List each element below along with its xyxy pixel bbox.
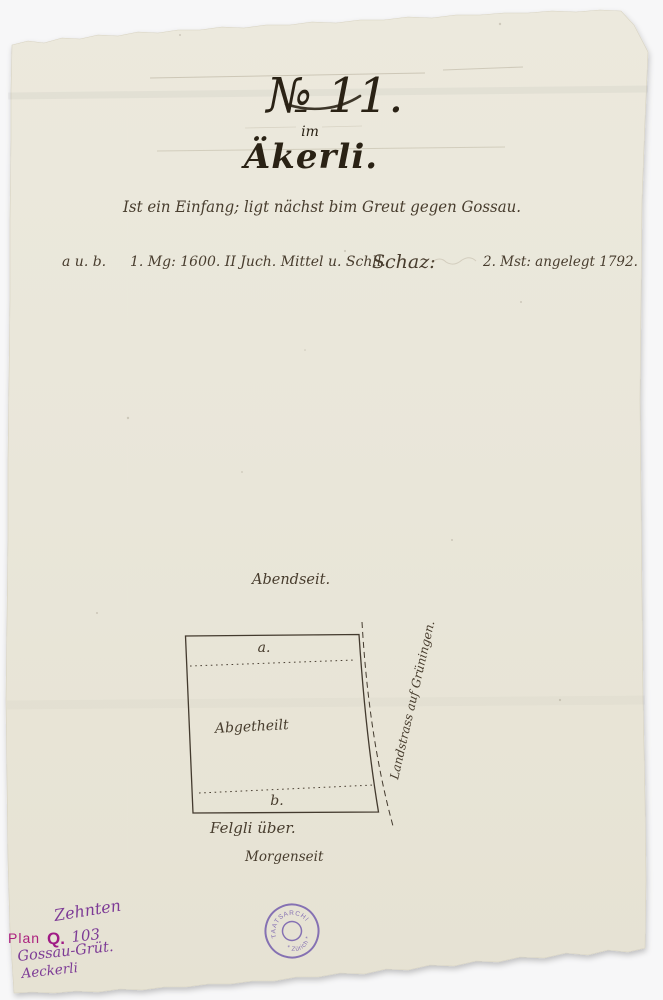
measurement-size: 1. Mg: 1600. II Juch. Mittel u. Schll. xyxy=(130,254,386,270)
measurement-date: 2. Mst: angelegt 1792. xyxy=(482,254,638,270)
parcel-label-b: b. xyxy=(270,793,283,809)
measurement-line: a u. b. 1. Mg: 1600. II Juch. Mittel u. … xyxy=(62,251,638,273)
page-title: № 11. xyxy=(264,68,403,124)
measurement-schaz: Schaz: xyxy=(372,251,436,273)
parcel-label-a: a. xyxy=(258,640,271,656)
below-parcel-label: Felgli über. xyxy=(209,819,296,837)
west-side-label: Abendseit. xyxy=(250,572,330,588)
title-place: Äkerli. xyxy=(241,136,378,177)
description-line: Ist ein Einfang; ligt nächst bim Greut g… xyxy=(122,197,521,216)
plan-stamp-word: Plan xyxy=(8,930,40,946)
scanned-document: № 11. im Äkerli. Ist ein Einfang; ligt n… xyxy=(0,0,663,1000)
east-side-label: Morgenseit xyxy=(244,849,324,865)
measurement-ab: a u. b. xyxy=(62,254,106,270)
